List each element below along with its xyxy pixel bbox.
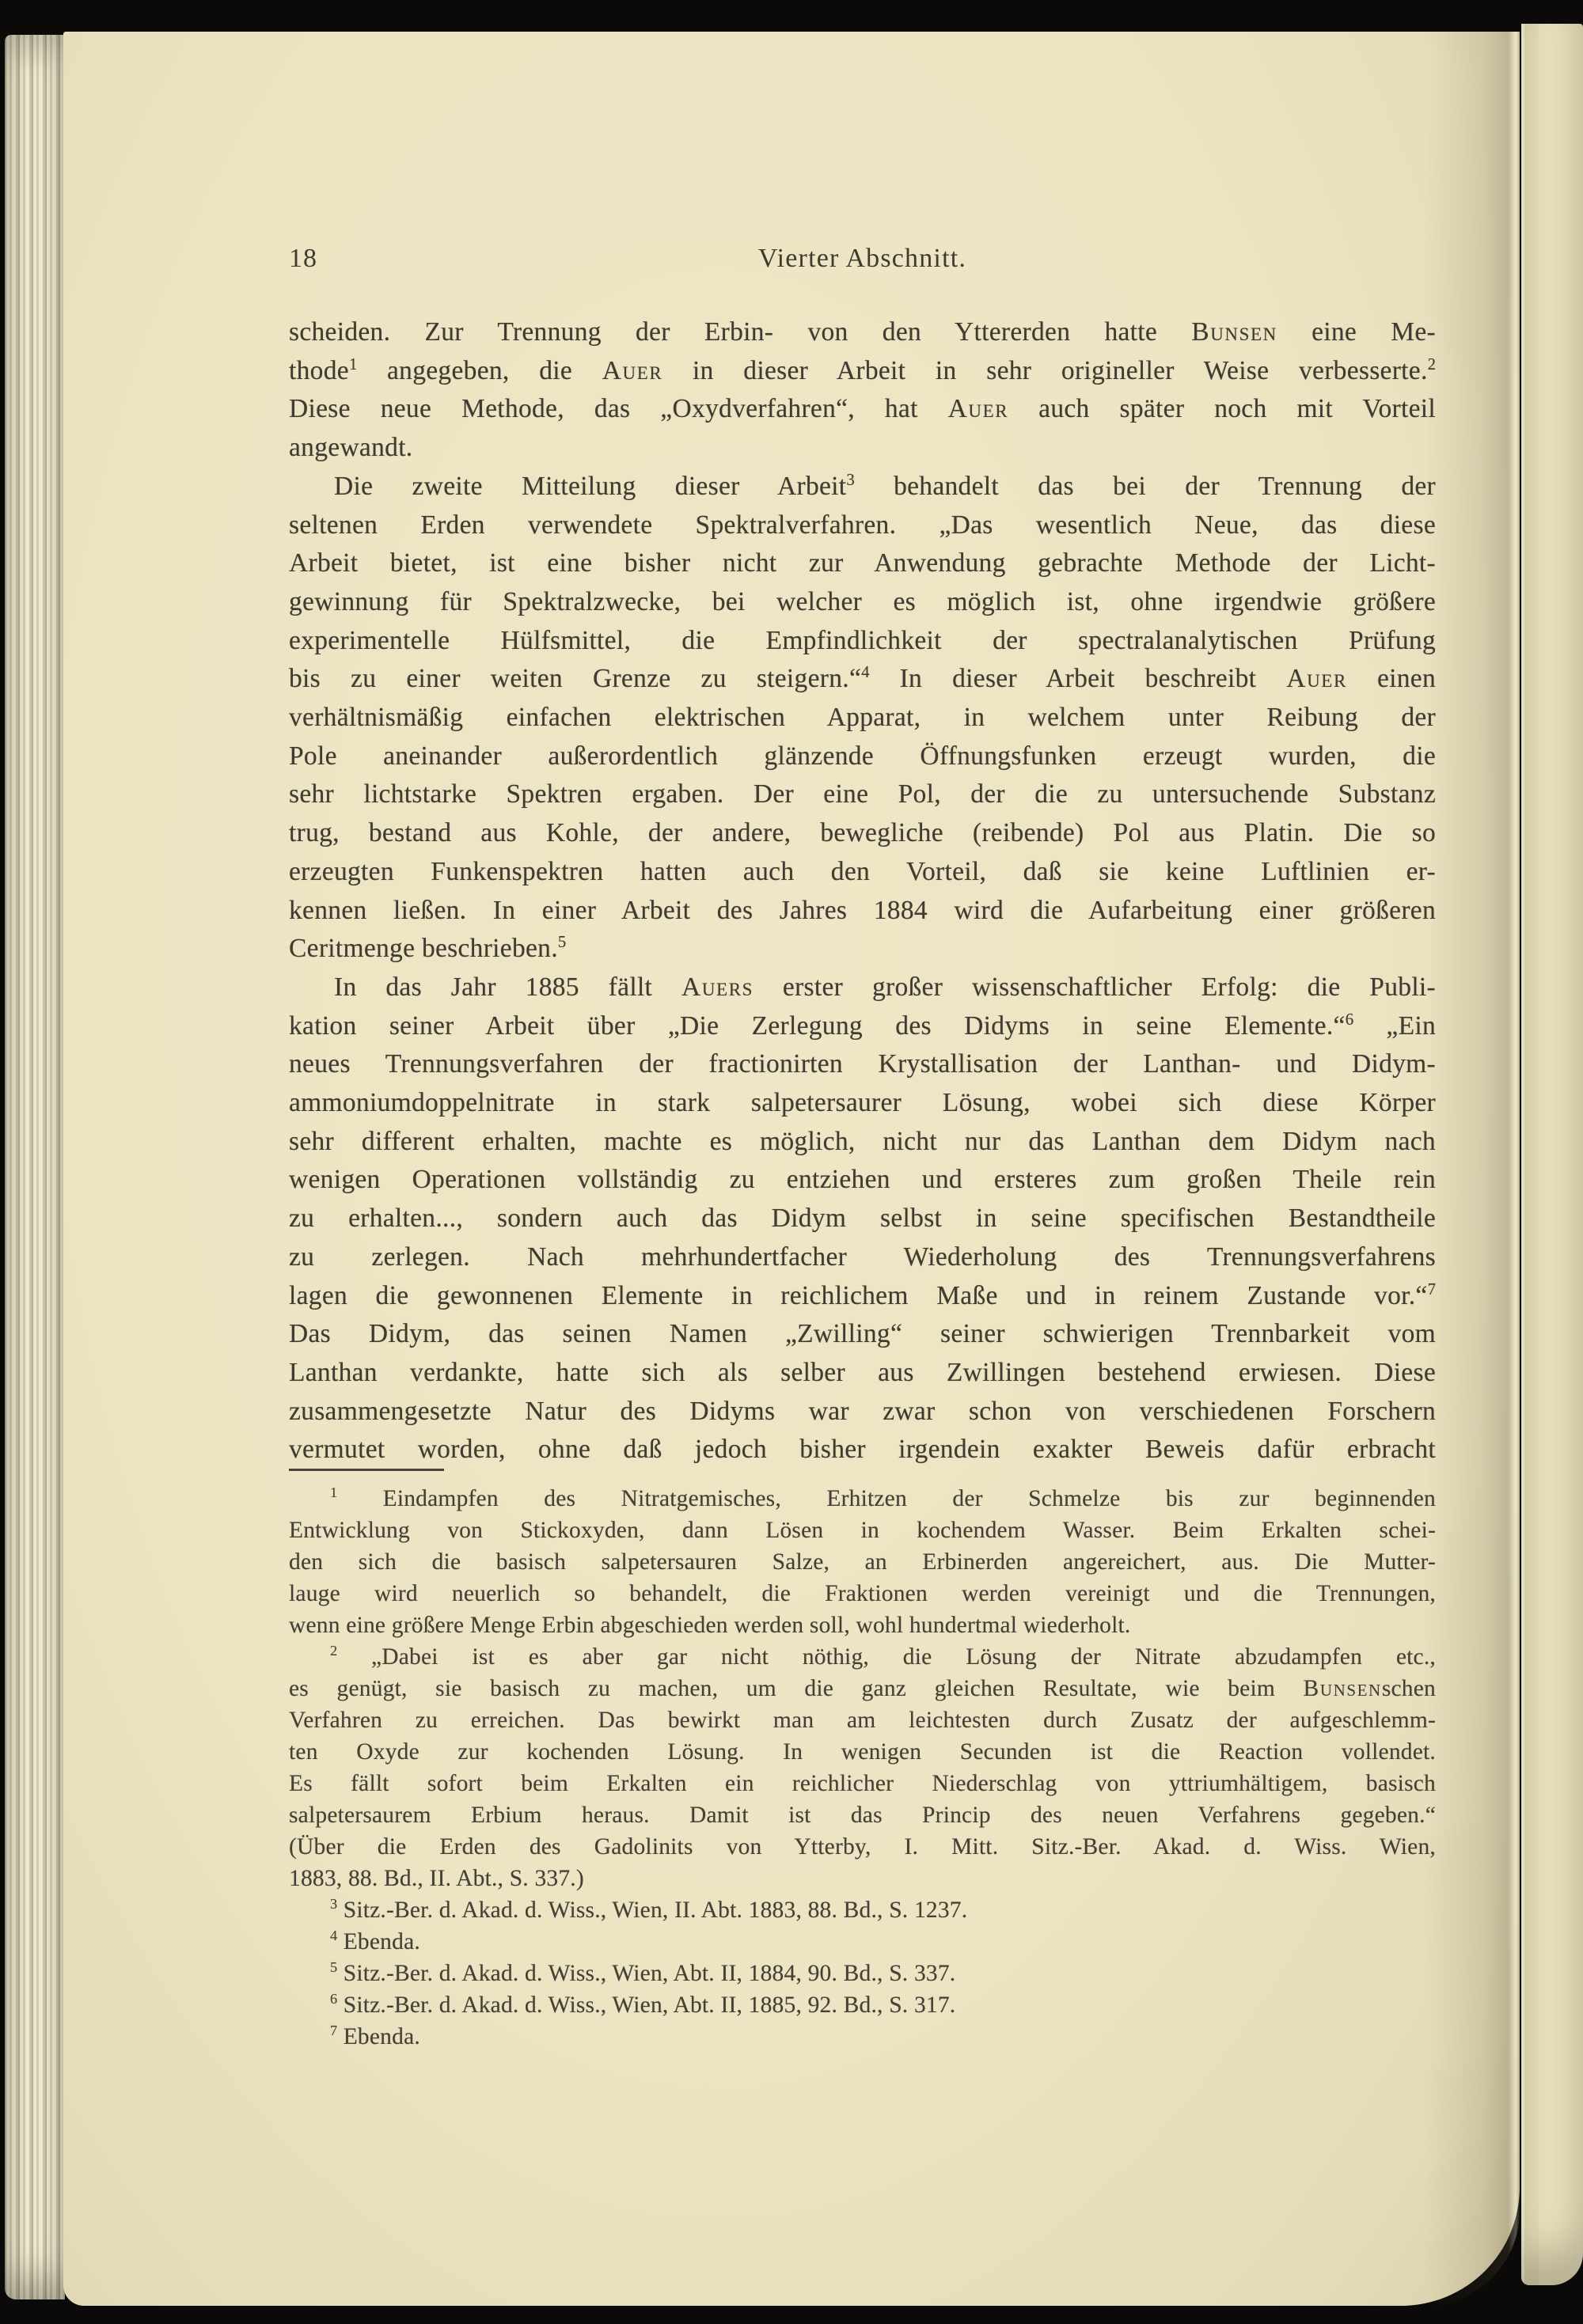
book-page: 18 Vierter Abschnitt. scheiden. Zur Tren… <box>63 32 1520 2306</box>
body-line: neues Trennungsverfahren der fractionirt… <box>289 1045 1436 1084</box>
body-line: seltenen Erden verwendete Spektralverfah… <box>289 506 1436 545</box>
scanned-book-photo: 18 Vierter Abschnitt. scheiden. Zur Tren… <box>0 0 1583 2324</box>
body-line: Das Didym, das seinen Namen „Zwilling“ s… <box>289 1315 1436 1354</box>
body-line: trug, bestand aus Kohle, der andere, bew… <box>289 814 1436 853</box>
body-line: Diese neue Methode, das „Oxydverfahren“,… <box>289 390 1436 429</box>
body-line: sehr lichtstarke Spektren ergaben. Der e… <box>289 775 1436 814</box>
body-line: Arbeit bietet, ist eine bisher nicht zur… <box>289 544 1436 583</box>
body-line: sehr different erhalten, machte es mögli… <box>289 1123 1436 1162</box>
footnote-line: 3 Sitz.-Ber. d. Akad. d. Wiss., Wien, II… <box>289 1894 1436 1926</box>
footnote-line: Verfahren zu erreichen. Das bewirkt man … <box>289 1704 1436 1736</box>
body-line: Pole aneinander außerordentlich glänzend… <box>289 737 1436 776</box>
body-line: kation seiner Arbeit über „Die Zerlegung… <box>289 1007 1436 1046</box>
running-title: Vierter Abschnitt. <box>289 244 1436 274</box>
body-line: angewandt. <box>289 429 1436 468</box>
footnote-line: 1883, 88. Bd., II. Abt., S. 337.) <box>289 1863 1436 1894</box>
body-line: bis zu einer weiten Grenze zu steigern.“… <box>289 660 1436 699</box>
footnote-line: 5 Sitz.-Ber. d. Akad. d. Wiss., Wien, Ab… <box>289 1958 1436 1989</box>
body-line: Ceritmenge beschrieben.5 <box>289 930 1436 969</box>
body-line: kennen ließen. In einer Arbeit des Jahre… <box>289 892 1436 931</box>
body-line: verhältnismäßig einfachen elektrischen A… <box>289 699 1436 737</box>
body-text: scheiden. Zur Trennung der Erbin- von de… <box>289 313 1436 1469</box>
footnote-line: 4 Ebenda. <box>289 1926 1436 1958</box>
footnote-line: 7 Ebenda. <box>289 2021 1436 2053</box>
body-line: ammoniumdoppelnitrate in stark salpeters… <box>289 1084 1436 1123</box>
body-line: In das Jahr 1885 fällt Auers erster groß… <box>289 969 1436 1007</box>
page-curl-shadow <box>1425 32 1520 2306</box>
body-line: zu erhalten..., sondern auch das Didym s… <box>289 1200 1436 1238</box>
body-line: experimentelle Hülfsmittel, die Empfindl… <box>289 622 1436 661</box>
body-line: scheiden. Zur Trennung der Erbin- von de… <box>289 313 1436 352</box>
body-line: Die zweite Mitteilung dieser Arbeit3 beh… <box>289 468 1436 506</box>
footnote-line: 2 „Dabei ist es aber gar nicht nöthig, d… <box>289 1641 1436 1673</box>
footnote-line: den sich die basisch salpetersauren Salz… <box>289 1546 1436 1578</box>
body-line: zusammengesetzte Natur des Didyms war zw… <box>289 1393 1436 1431</box>
footnote-line: wenn eine größere Menge Erbin abgeschied… <box>289 1609 1436 1641</box>
body-line: lagen die gewonnenen Elemente in reichli… <box>289 1277 1436 1316</box>
footnote-text: 1 Eindampfen des Nitratgemisches, Erhitz… <box>289 1483 1436 2053</box>
body-line: thode1 angegeben, die Auer in dieser Arb… <box>289 352 1436 391</box>
body-line: zu zerlegen. Nach mehrhundertfacher Wied… <box>289 1238 1436 1277</box>
footnote-line: ten Oxyde zur kochenden Lösung. In wenig… <box>289 1736 1436 1768</box>
footnote-line: (Über die Erden des Gadolinits von Ytter… <box>289 1831 1436 1863</box>
body-line: Lanthan verdankte, hatte sich als selber… <box>289 1354 1436 1393</box>
footnote-line: es genügt, sie basisch zu machen, um die… <box>289 1673 1436 1704</box>
footnote-line: lauge wird neuerlich so behandelt, die F… <box>289 1578 1436 1609</box>
footnote-line: 6 Sitz.-Ber. d. Akad. d. Wiss., Wien, Ab… <box>289 1989 1436 2021</box>
footnote-line: 1 Eindampfen des Nitratgemisches, Erhitz… <box>289 1483 1436 1515</box>
body-line: wenigen Operationen vollständig zu entzi… <box>289 1161 1436 1200</box>
footnote-line: Entwicklung von Stickoxyden, dann Lösen … <box>289 1515 1436 1546</box>
body-line: gewinnung für Spektralzwecke, bei welche… <box>289 583 1436 622</box>
facing-page-sliver <box>1521 24 1583 2285</box>
body-line: vermutet worden, ohne daß jedoch bisher … <box>289 1431 1436 1469</box>
left-page-stack-edges <box>5 35 65 2299</box>
body-line: erzeugten Funkenspektren hatten auch den… <box>289 853 1436 892</box>
footnote-separator <box>289 1469 444 1471</box>
footnote-line: salpetersaurem Erbium heraus. Damit ist … <box>289 1799 1436 1831</box>
footnote-line: Es fällt sofort beim Erkalten ein reichl… <box>289 1768 1436 1799</box>
